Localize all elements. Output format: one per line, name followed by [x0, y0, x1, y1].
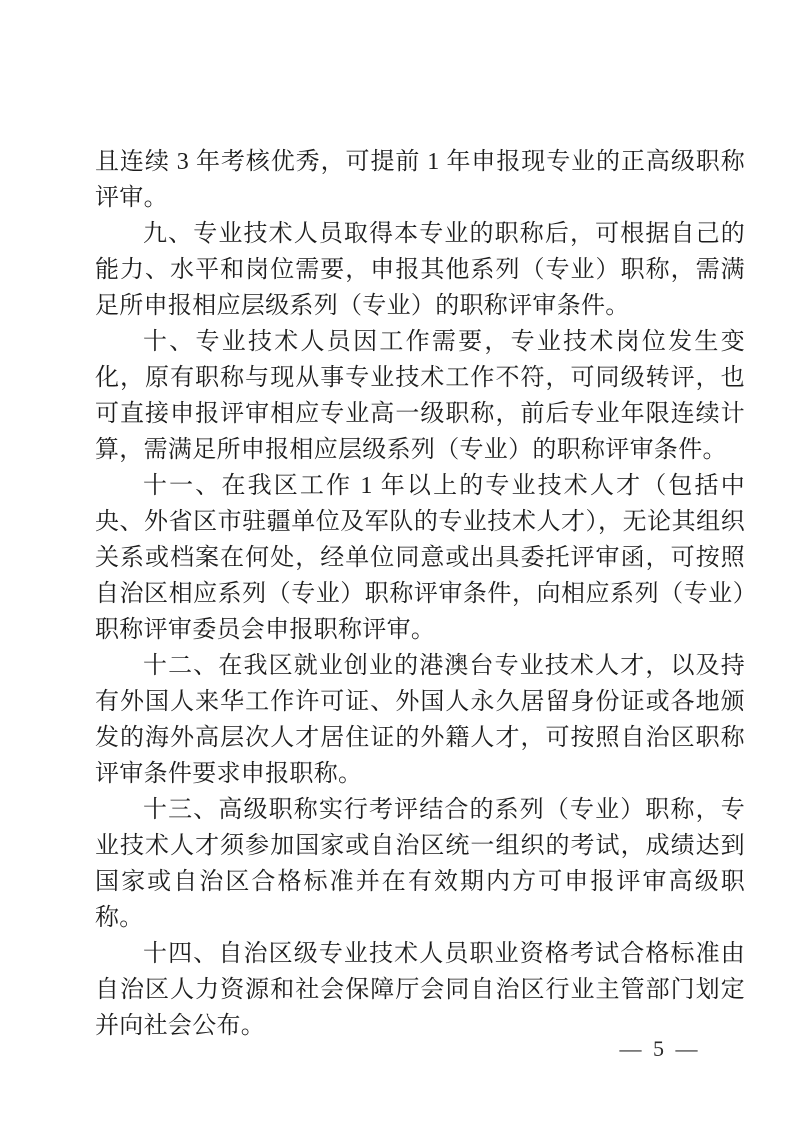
paragraph-continuation: 且连续 3 年考核优秀，可提前 1 年申报现专业的正高级职称评审。	[95, 144, 745, 216]
paragraph-item-13: 十三、高级职称实行考评结合的系列（专业）职称，专业技术人才须参加国家或自治区统一…	[95, 792, 745, 936]
paragraph-item-11: 十一、在我区工作 1 年以上的专业技术人才（包括中央、外省区市驻疆单位及军队的专…	[95, 468, 745, 648]
paragraph-item-10: 十、专业技术人员因工作需要，专业技术岗位发生变化，原有职称与现从事专业技术工作不…	[95, 324, 745, 468]
page-number: — 5 —	[620, 1036, 701, 1061]
paragraph-item-14: 十四、自治区级专业技术人员职业资格考试合格标准由自治区人力资源和社会保障厅会同自…	[95, 936, 745, 1044]
page-footer: — 5 —	[560, 1035, 760, 1063]
document-body: 且连续 3 年考核优秀，可提前 1 年申报现专业的正高级职称评审。 九、专业技术…	[95, 144, 745, 1044]
paragraph-item-9: 九、专业技术人员取得本专业的职称后，可根据自己的能力、水平和岗位需要，申报其他系…	[95, 216, 745, 324]
paragraph-item-12: 十二、在我区就业创业的港澳台专业技术人才，以及持有外国人来华工作许可证、外国人永…	[95, 648, 745, 792]
document-page: 且连续 3 年考核优秀，可提前 1 年申报现专业的正高级职称评审。 九、专业技术…	[0, 0, 790, 1122]
